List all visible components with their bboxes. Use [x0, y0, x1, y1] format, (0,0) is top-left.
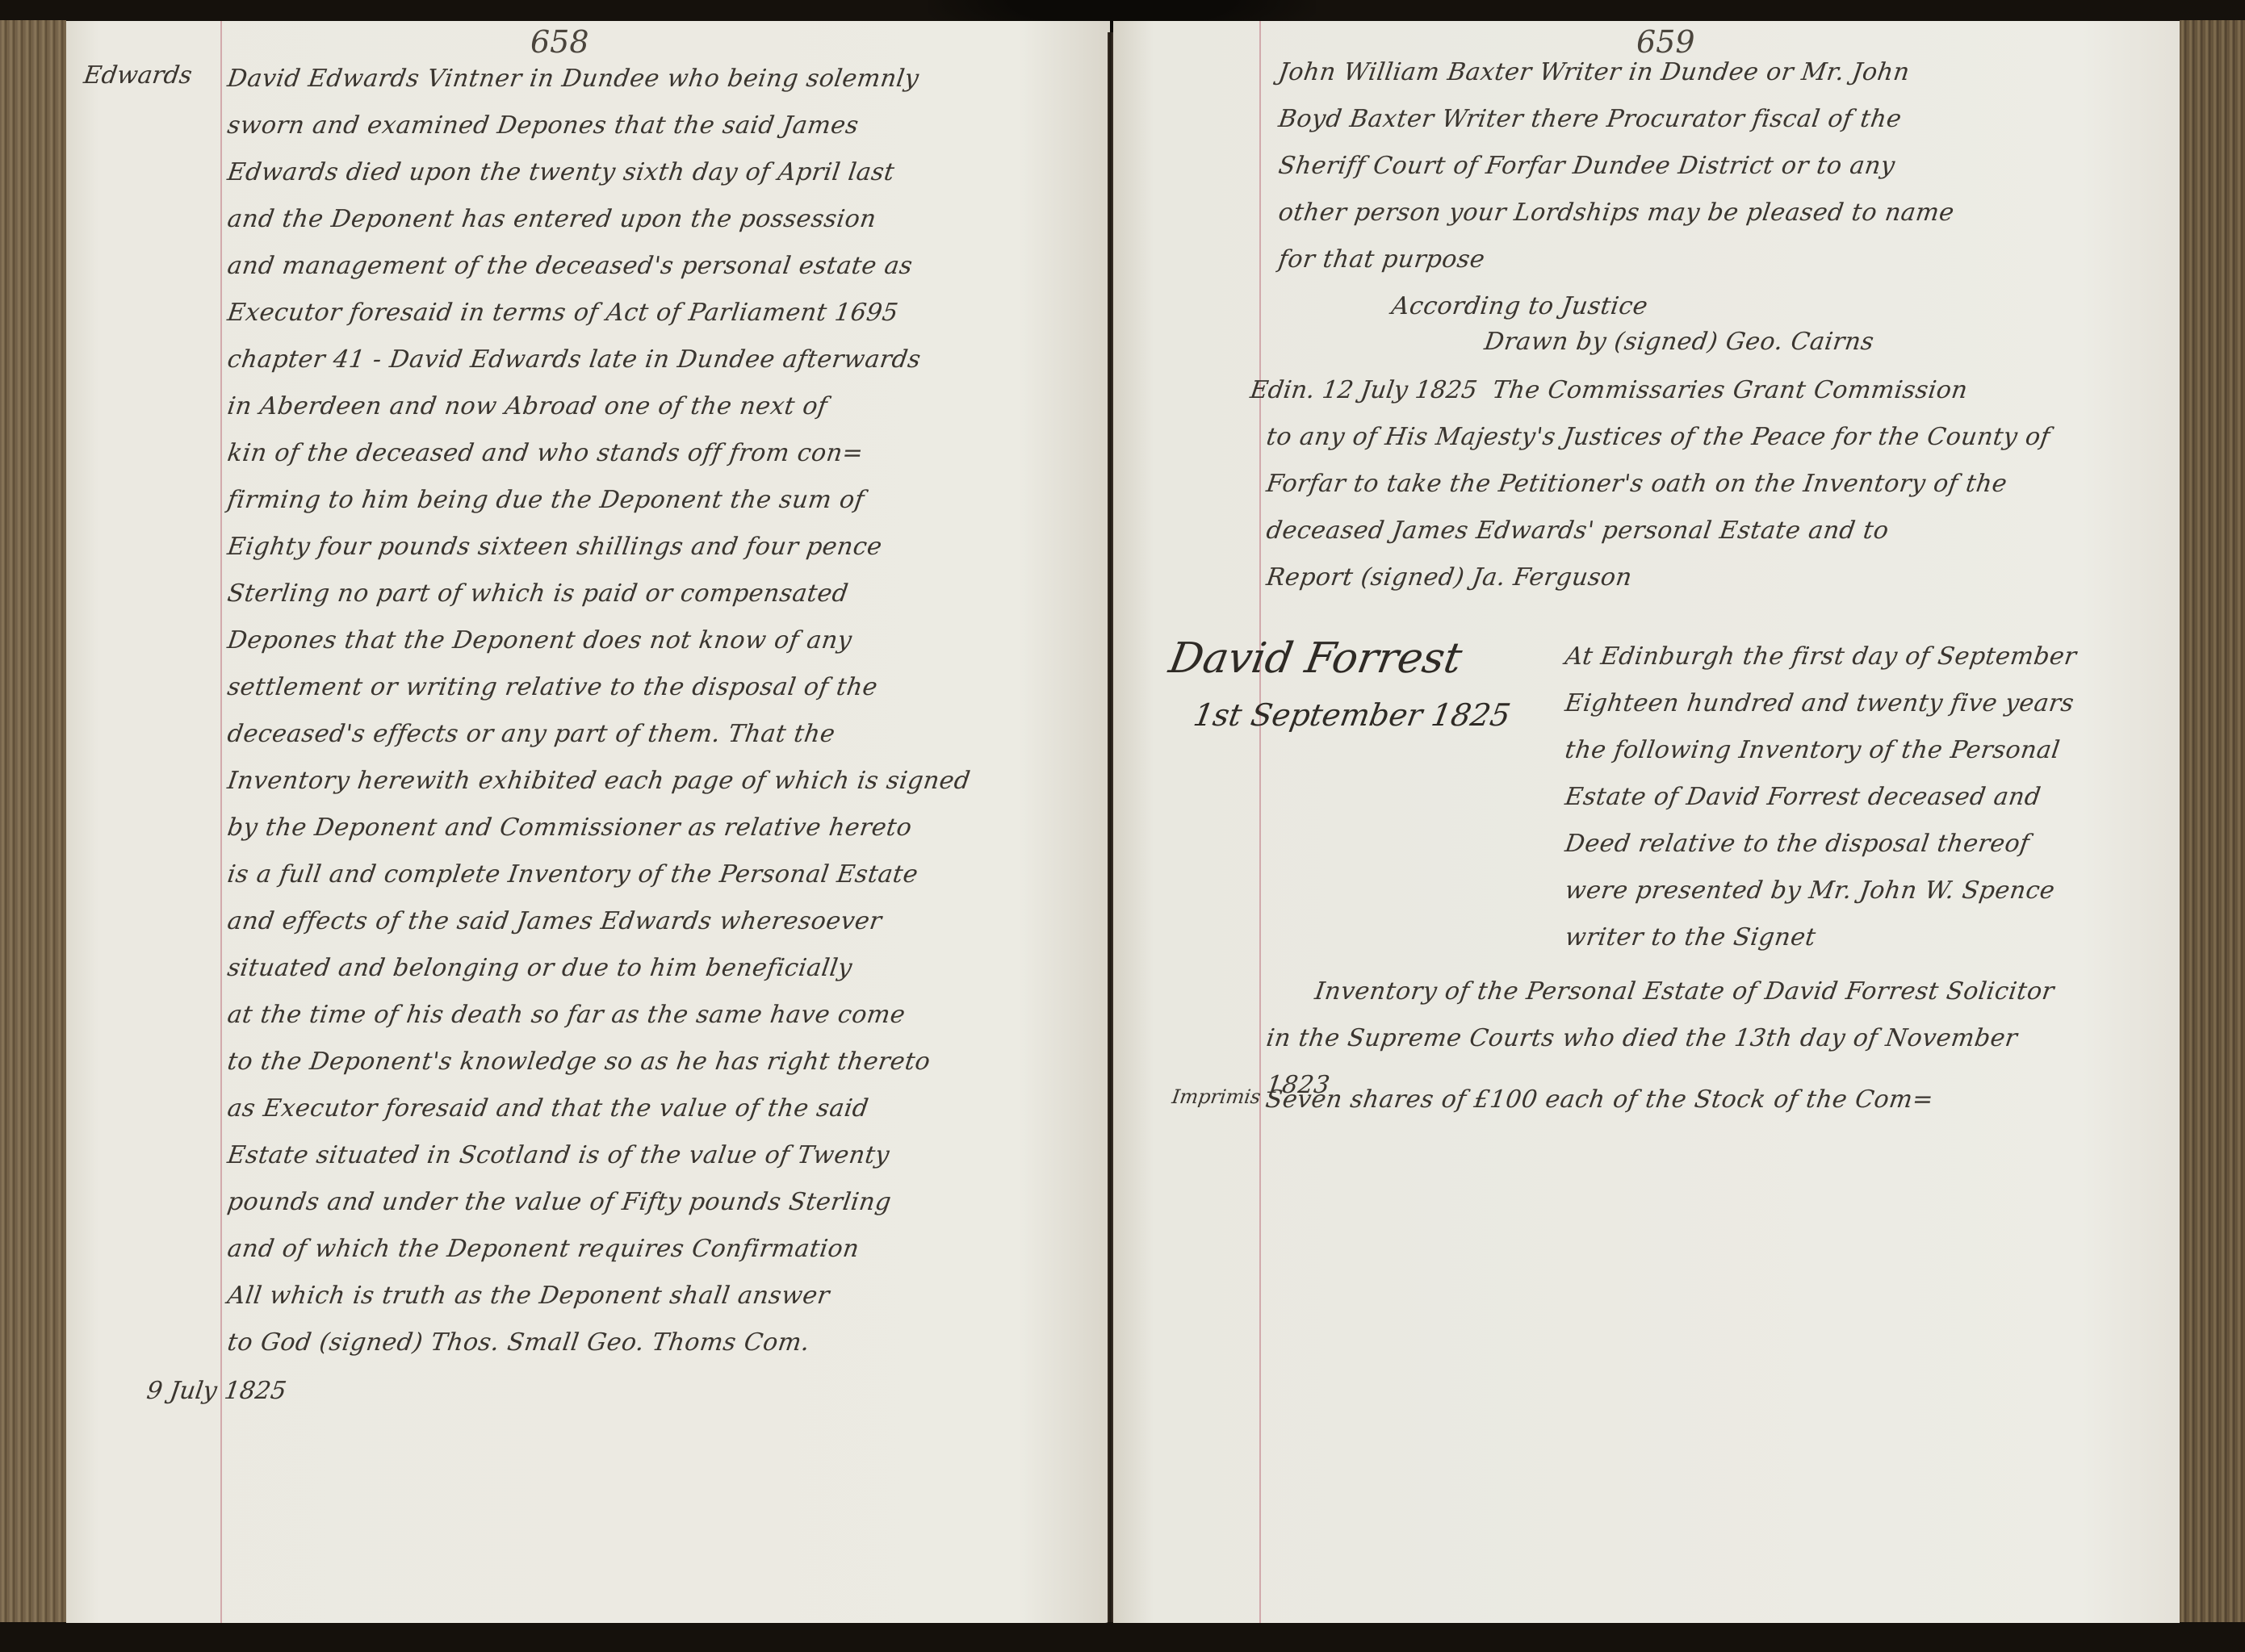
- book-gutter: [1108, 32, 1113, 1622]
- text-line: were presented by Mr. John W. Spence: [1564, 876, 2057, 905]
- text-line: writer to the Signet: [1564, 923, 1818, 951]
- margin-rule: [1259, 21, 1261, 1623]
- text-line: deceased James Edwards' personal Estate …: [1265, 517, 1891, 545]
- text-line: Forfar to take the Petitioner's oath on …: [1265, 470, 2009, 498]
- text-line: Sheriff Court of Forfar Dundee District …: [1277, 152, 1897, 180]
- text-line: According to Justice: [1390, 292, 1650, 320]
- text-line: At Edinburgh the first day of September: [1564, 642, 2079, 671]
- deliverance-date: Edin. 12 July 1825: [1249, 376, 1479, 404]
- text-line: The Commissaries Grant Commission: [1491, 376, 1970, 404]
- book-right-edge: [2180, 20, 2245, 1622]
- text-line: Report (signed) Ja. Ferguson: [1265, 563, 1634, 592]
- petition-block: 9 July 1825: [66, 21, 1110, 1623]
- petition-date: 9 July 1825: [145, 1377, 288, 1405]
- entry-date-heading: 1st September 1825: [1191, 697, 1513, 733]
- inventory-title: in the Supreme Courts who died the 13th …: [1265, 1024, 2020, 1052]
- text-line: Estate of David Forrest deceased and: [1564, 783, 2043, 811]
- text-line: to any of His Majesty's Justices of the …: [1265, 423, 2052, 451]
- text-line: for that purpose: [1277, 245, 1487, 274]
- book-left-edge: [0, 20, 66, 1622]
- text-line: Eighteen hundred and twenty five years: [1564, 689, 2076, 717]
- text-line: Seven shares of £100 each of the Stock o…: [1264, 1085, 1936, 1114]
- inventory-title: Inventory of the Personal Estate of Davi…: [1313, 977, 2056, 1006]
- text-line: John William Baxter Writer in Dundee or …: [1277, 58, 1912, 86]
- signature-line: Drawn by (signed) Geo. Cairns: [1483, 328, 1876, 356]
- item-label: Imprimis: [1171, 1085, 1262, 1108]
- text-line: other person your Lordships may be pleas…: [1277, 199, 1956, 227]
- text-line: Boyd Baxter Writer there Procurator fisc…: [1277, 105, 1904, 133]
- text-line: the following Inventory of the Personal: [1564, 736, 2063, 764]
- text-line: Deed relative to the disposal thereof: [1564, 830, 2032, 858]
- entry-name-heading: David Forrest: [1166, 634, 1466, 683]
- page-number: 659: [1636, 24, 1695, 60]
- right-page: 659 John William Baxter Writer in Dundee…: [1113, 21, 2180, 1623]
